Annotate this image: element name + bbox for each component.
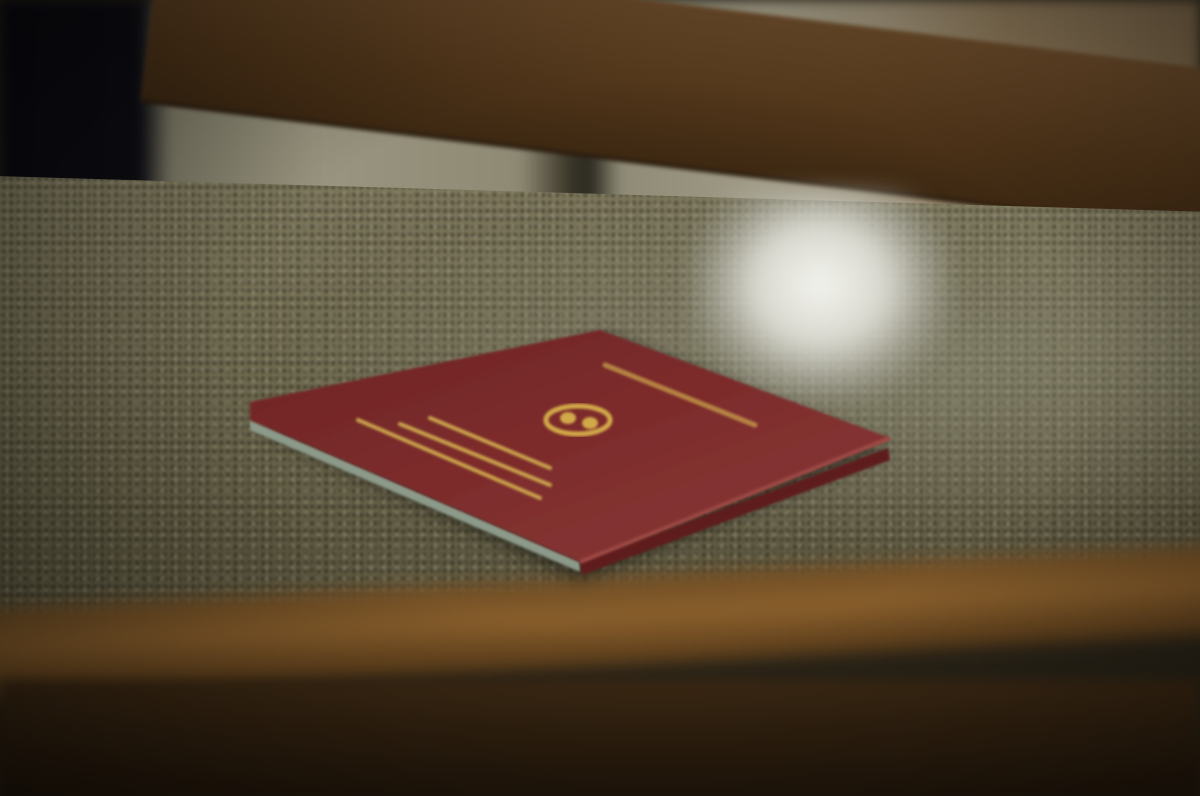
passport [250,330,890,575]
cabinet-front [0,680,1200,796]
photo-scene [0,0,1200,796]
passport-shape [250,330,890,575]
